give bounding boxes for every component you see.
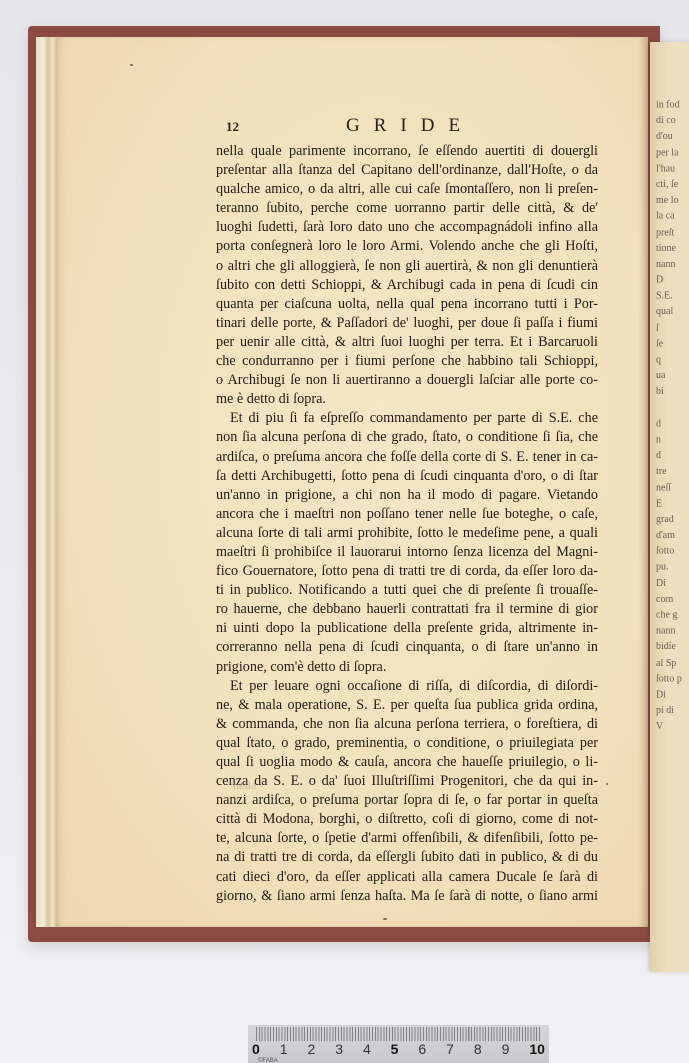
facing-page-fragment: in fod — [656, 97, 689, 113]
facing-page-fragment: l'hau — [656, 161, 689, 177]
text-line: te, alcuna ſorte, o ſpetie d'armi offenſ… — [216, 829, 598, 848]
text-line: che condurranno per i fiumi perſone che … — [216, 352, 598, 371]
facing-page-fragment: me lo — [656, 192, 689, 208]
facing-page-fragment: nann — [656, 256, 689, 272]
text-line: maeſtri ſi prohibiſce il lauorarui intor… — [216, 543, 598, 562]
text-line: alcuna ſorte di tali armi prohibite, ſot… — [216, 524, 598, 543]
facing-page-edge: in foddi cod'ouper lal'haucti, ſeme lola… — [650, 42, 689, 972]
facing-page-fragment: tione — [656, 240, 689, 256]
text-line: prigione, com'è detto di ſopra. — [216, 658, 598, 677]
facing-page-fragment: d'ou — [656, 129, 689, 145]
text-line: tinari delle porte, & Paſſadori de' luog… — [216, 314, 598, 333]
text-line: città di Modona, borghi, o diſtretto, co… — [216, 810, 598, 829]
facing-page-fragment: ſotto — [656, 543, 689, 559]
text-line: ne, & mala operatione, S. E. per queſta … — [216, 696, 598, 715]
text-line: porta conſegnerà loro le loro Armi. Vole… — [216, 237, 598, 256]
facing-page-fragment: E — [656, 495, 689, 511]
ruler-label: 9 — [502, 1041, 510, 1057]
body-text: nella quale parimente incorrano, ſe eſſe… — [216, 142, 598, 906]
text-line: Et per leuare ogni occaſione di riſſa, d… — [216, 677, 598, 696]
ruler-label: 8 — [474, 1041, 482, 1057]
facing-page-fragment: preſt — [656, 224, 689, 240]
ruler-label: 0 — [252, 1041, 260, 1057]
ruler-ticks — [256, 1027, 541, 1041]
facing-page-fragment: qual — [656, 304, 689, 320]
text-line: teranno ſubito, perche come uorranno par… — [216, 199, 598, 218]
text-line: nella quale parimente incorrano, ſe eſſe… — [216, 142, 598, 161]
text-line: preſentar alla ſtanza del Capitano dell'… — [216, 161, 598, 180]
paper-speck — [606, 783, 608, 785]
ruler-label: 7 — [446, 1041, 454, 1057]
facing-page-fragment: ſe — [656, 336, 689, 352]
facing-page-fragment: ſ — [656, 320, 689, 336]
text-line: qual ſi uoglia modo & cauſa, ancora che … — [216, 753, 598, 772]
facing-page-fragment: al Sp — [656, 655, 689, 671]
facing-page-fragment: D — [656, 272, 689, 288]
facing-page-fragment: d — [656, 416, 689, 432]
text-line: correranno nella pena di ſcudi cinquanta… — [216, 638, 598, 657]
text-line: giorno, & ſiano armi ſenza haſta. Ma ſe … — [216, 887, 598, 906]
facing-page-fragment: Di — [656, 687, 689, 703]
text-line: qualche amico, o da altri, alle cui caſe… — [216, 180, 598, 199]
text-line: non ſia alcuna perſona di che grado, ſta… — [216, 428, 598, 447]
text-line: ardiſca, o preſuma ancora che foſſe dell… — [216, 448, 598, 467]
facing-page-fragment: q — [656, 352, 689, 368]
page-number: 12 — [226, 119, 239, 135]
facing-page-fragment: pu. — [656, 559, 689, 575]
running-title: GRIDE — [346, 115, 474, 137]
facing-page-fragment: per la — [656, 145, 689, 161]
facing-page-fragment: pi di — [656, 703, 689, 719]
text-line: Et di piu ſi fa eſpreſſo commandamento p… — [216, 409, 598, 428]
facing-page-fragment: ua — [656, 368, 689, 384]
text-line: un'anno in prigione, a chi non ha il mod… — [216, 486, 598, 505]
ruler-labels: 012345678910 — [252, 1041, 545, 1057]
facing-page-fragment: ſotto p — [656, 671, 689, 687]
text-line: me è detto di ſopra. — [216, 390, 598, 409]
facing-page-fragment: S.E. — [656, 288, 689, 304]
facing-page-fragment: grad — [656, 511, 689, 527]
facing-page-fragment: com — [656, 591, 689, 607]
facing-page-fragment: bi — [656, 384, 689, 400]
text-line: ſa detti Archibugetti, ſotto pena di ſcu… — [216, 467, 598, 486]
text-line: per uenir alle città, & altri ſuoi luogh… — [216, 333, 598, 352]
scale-ruler: 012345678910 ©FABA — [248, 1025, 549, 1063]
facing-page-fragment: di co — [656, 113, 689, 129]
text-line: nanzi ardiſca, o preſuma portar ſopra di… — [216, 791, 598, 810]
text-line: cenza da S. E. o da' ſuoi Illuſtriſſimi … — [216, 772, 598, 791]
text-line: na di tratti tre di corda, da eſſergli ſ… — [216, 848, 598, 867]
text-line: ni uinti dopo la publicatione della preſ… — [216, 619, 598, 638]
facing-page-fragment: che g — [656, 607, 689, 623]
facing-page-fragment: la ca — [656, 208, 689, 224]
facing-page-fragment: tre — [656, 464, 689, 480]
ruler-brand: ©FABA — [258, 1058, 278, 1063]
page-gutter — [638, 37, 648, 927]
text-line: ſubito con detti Schioppi, & Archibugi c… — [216, 276, 598, 295]
text-line: & commanda, che non ſia alcuna perſona t… — [216, 715, 598, 734]
ruler-label: 10 — [529, 1041, 545, 1057]
text-line: luoghi ſudetti, ſarà loro dato uno che a… — [216, 218, 598, 237]
paper-speck — [383, 918, 387, 920]
facing-page-fragment — [656, 400, 689, 416]
text-line: quanta per ciaſcuna uolta, nella qual pe… — [216, 295, 598, 314]
facing-page-fragment: d'am — [656, 527, 689, 543]
text-line: fico Gouernatore, ſotto pena di tratti t… — [216, 562, 598, 581]
show-through-catchword: nella — [233, 778, 256, 793]
facing-page-fragment: neſſ — [656, 480, 689, 496]
facing-page-fragment: Di — [656, 575, 689, 591]
ruler-label: 3 — [335, 1041, 343, 1057]
ruler-label: 2 — [307, 1041, 315, 1057]
ruler-label: 4 — [363, 1041, 371, 1057]
facing-page-fragment: cti, ſe — [656, 177, 689, 193]
facing-page-fragment: n — [656, 432, 689, 448]
ruler-label: 6 — [418, 1041, 426, 1057]
running-head: 12 GRIDE — [226, 115, 626, 137]
text-line: ro hauerne, che debbano hauerli contratt… — [216, 600, 598, 619]
text-line: o Archibugi ſe non li auertiranno a doue… — [216, 371, 598, 390]
text-line: o altri che gli alloggierà, ſe non gli a… — [216, 257, 598, 276]
facing-page-fragment: d — [656, 448, 689, 464]
text-line: ti in publico. Notificando a tutti quei … — [216, 581, 598, 600]
text-line: cati dieci d'oro, da eſſer applicati all… — [216, 868, 598, 887]
paper-speck — [130, 64, 133, 66]
facing-page-fragment: nann — [656, 623, 689, 639]
ruler-label: 5 — [391, 1041, 399, 1057]
text-line: ancora che i maeſtri non poſſano tener n… — [216, 505, 598, 524]
facing-page-fragment: bidie — [656, 639, 689, 655]
text-line: qual ſtato, o grado, preminentia, o cond… — [216, 734, 598, 753]
ruler-label: 1 — [280, 1041, 288, 1057]
facing-page-text: in foddi cod'ouper lal'haucti, ſeme lola… — [656, 97, 689, 735]
facing-page-fragment: V — [656, 719, 689, 735]
